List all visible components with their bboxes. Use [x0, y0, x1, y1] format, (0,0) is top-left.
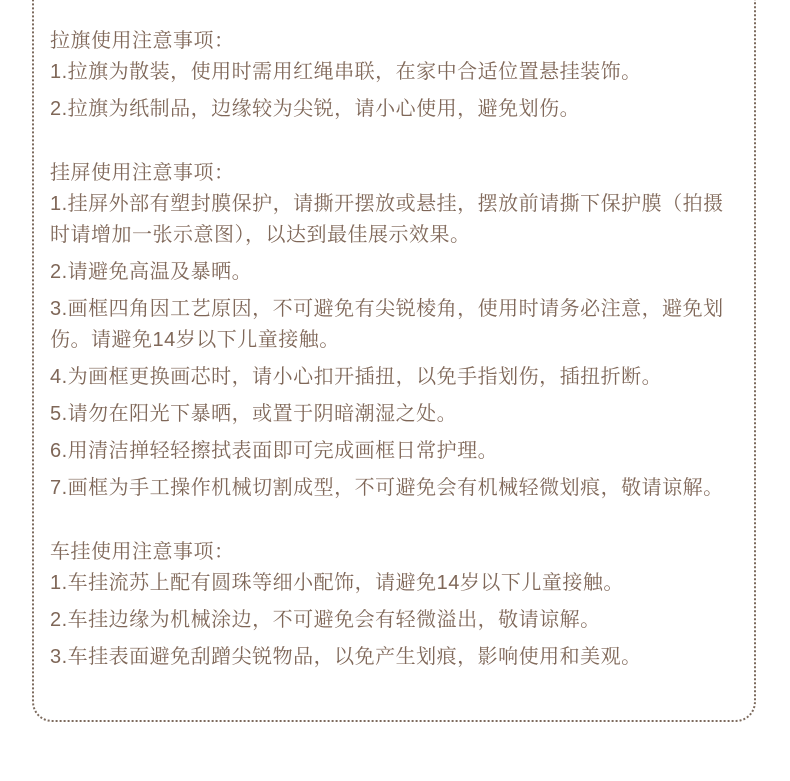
notice-item: 4.为画框更换画芯时，请小心扣开插扭，以免手指划伤，插扭折断。: [50, 362, 736, 393]
section-title: 车挂使用注意事项：: [50, 537, 736, 568]
notice-item: 3.车挂表面避免刮蹭尖锐物品，以免产生划痕，影响使用和美观。: [50, 642, 736, 673]
usage-notice-box: 拉旗使用注意事项： 1.拉旗为散装，使用时需用红绳串联，在家中合适位置悬挂装饰。…: [32, 0, 756, 722]
notice-item: 2.请避免高温及暴晒。: [50, 257, 736, 288]
notice-item: 1.拉旗为散装，使用时需用红绳串联，在家中合适位置悬挂装饰。: [50, 57, 736, 88]
notice-item: 6.用清洁掸轻轻擦拭表面即可完成画框日常护理。: [50, 436, 736, 467]
section-car-hanging: 车挂使用注意事项： 1.车挂流苏上配有圆珠等细小配饰，请避免14岁以下儿童接触。…: [50, 537, 736, 673]
notice-item: 5.请勿在阳光下暴晒，或置于阴暗潮湿之处。: [50, 399, 736, 430]
notice-item: 3.画框四角因工艺原因，不可避免有尖锐棱角，使用时请务必注意，避免划伤。请避免1…: [50, 294, 736, 356]
section-pull-flag: 拉旗使用注意事项： 1.拉旗为散装，使用时需用红绳串联，在家中合适位置悬挂装饰。…: [50, 26, 736, 125]
notice-item: 2.车挂边缘为机械涂边，不可避免会有轻微溢出，敬请谅解。: [50, 605, 736, 636]
section-title: 拉旗使用注意事项：: [50, 26, 736, 57]
notice-item: 2.拉旗为纸制品，边缘较为尖锐，请小心使用，避免划伤。: [50, 94, 736, 125]
section-title: 挂屏使用注意事项：: [50, 158, 736, 189]
notice-item: 1.挂屏外部有塑封膜保护，请撕开摆放或悬挂，摆放前请撕下保护膜（拍摄时请增加一张…: [50, 189, 736, 251]
notice-item: 1.车挂流苏上配有圆珠等细小配饰，请避免14岁以下儿童接触。: [50, 568, 736, 599]
notice-item: 7.画框为手工操作机械切割成型，不可避免会有机械轻微划痕，敬请谅解。: [50, 473, 736, 504]
section-hanging-screen: 挂屏使用注意事项： 1.挂屏外部有塑封膜保护，请撕开摆放或悬挂，摆放前请撕下保护…: [50, 158, 736, 504]
